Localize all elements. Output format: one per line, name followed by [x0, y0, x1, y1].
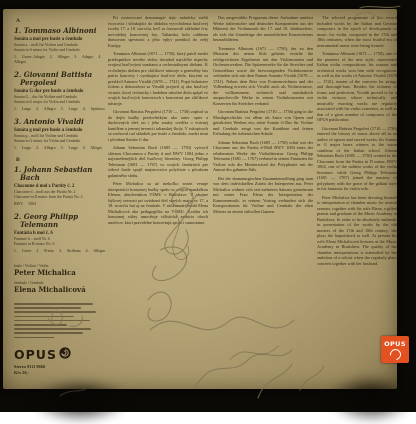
composer-name: Giovanni Battista Pergolesi	[20, 70, 92, 87]
opus-watermark-text: OPUS	[384, 340, 406, 348]
paragraph: Johann Sebastian Bach (1685 — 1750) vytv…	[108, 145, 208, 178]
work-title-en: Sonata in A minor for Violin and Cembalo	[14, 48, 109, 53]
composer-name: Johann Sebastian Bach	[20, 165, 92, 182]
paragraph: Peter Michalica has been devoting himsel…	[317, 195, 397, 267]
track-vivaldi: 3. Antonio Vivaldi Sonáta g mol pre husl…	[14, 118, 109, 151]
side-a-marker: A	[16, 18, 109, 24]
price-label: Kčs 26,-	[14, 370, 109, 375]
opus-spiral-icon	[59, 347, 71, 362]
paragraph: Tommaso Albinoni (1671 — 1750), one of t…	[317, 51, 397, 123]
liner-notes-english: The selected programme of this record in…	[317, 15, 397, 367]
paragraph: Giovanni Battista Pergolesi (1710 — 1736…	[108, 109, 208, 142]
track-albinoni: 1. Tommaso Albinoni Sonáta a mol pre hus…	[14, 27, 109, 65]
paragraph: Giovanni Battista Pergolesi (1710 — 1736…	[213, 109, 313, 137]
performer-name-violin: Peter Michalica	[14, 269, 109, 277]
performer-name-harpsichord: Elena Michalicová	[14, 286, 109, 294]
movements: 1. Largo 2. Allegro 3. Largo 4. Allegro	[14, 146, 109, 151]
paragraph: Giovanni Battista Pergolesi (1710 — 1736…	[317, 126, 397, 192]
track-number: 3.	[14, 117, 21, 126]
work-title-en: Sonata in G minor for Violin and Cembalo	[14, 139, 109, 144]
track-telemann: 2. Georg Philipp Telemann Fantázia h mol…	[14, 213, 109, 254]
paragraph: Tommaso Albinoni (1671 — 1750), der zu d…	[213, 46, 313, 107]
composer-name: Tommaso Albinoni	[24, 26, 97, 35]
liner-notes-slovak: Pri zostavovaní dramaturgie tejto nahráv…	[108, 15, 208, 387]
opus-watermark-spiral-icon	[387, 346, 402, 361]
movements: 1. Grave–Adagio 2. Allegro 3. Adagio 4. …	[14, 55, 109, 65]
track-pergolesi: 2. Giovanni Battista Pergolesi Sonáta G …	[14, 71, 109, 112]
composer-name: Georg Philipp Telemann	[20, 212, 78, 229]
track-number: 1.	[14, 26, 21, 35]
paragraph: Tommaso Albinoni (1671 — 1750), ktorý pa…	[108, 51, 208, 106]
paragraph: The selected programme of this record in…	[317, 15, 397, 48]
catalog-bwv: BWV 1004	[14, 202, 109, 207]
paragraph: Bei der dramaturgischen Zusammenstellung…	[213, 176, 313, 215]
paragraph: Pri zostavovaní dramaturgie tejto nahráv…	[108, 15, 208, 48]
work-title-en: Fantasia in B minor No. 6	[14, 242, 109, 247]
performers-block: husle / Violine / Violin Peter Michalica…	[14, 264, 109, 294]
opus-logo-text: OPUS	[14, 347, 57, 362]
label-block: OPUS Stereo 9111 0666 Kčs 26,-	[14, 347, 109, 375]
work-title-en: Sonata in G major for Violin and Cembalo	[14, 100, 109, 105]
track-bach: 1. Johann Sebastian Bach Chaconne d mol …	[14, 166, 109, 207]
photo-background: A 1. Tommaso Albinoni Sonáta a mol pre h…	[0, 0, 416, 412]
credits-fine-print	[14, 303, 100, 338]
work-title-en: Chaconne in D minor from the Partita No.…	[14, 195, 109, 200]
tracklist-column: A 1. Tommaso Albinoni Sonáta a mol pre h…	[14, 16, 109, 375]
movements: 1. Largo 2. Allegro 3. Largo 4. Spiritos…	[14, 107, 109, 112]
side-b-marker: B	[16, 157, 109, 163]
composer-name: Antonio Vivaldi	[24, 117, 84, 126]
paragraph: Peter Michalica sa už niekoľko sezón ven…	[108, 181, 208, 225]
liner-notes-german: Das ausgewählte Programm dieser Aufnahme…	[213, 15, 313, 387]
paragraph: Das ausgewählte Programm dieser Aufnahme…	[213, 15, 313, 43]
record-sleeve-back: A 1. Tommaso Albinoni Sonáta a mol pre h…	[3, 9, 397, 389]
finger-shadow-right	[328, 374, 414, 412]
paragraph: Johann Sebastian Bach (1685 — 1750) schu…	[213, 140, 313, 173]
catalog-number: Stereo 9111 0666	[14, 364, 109, 369]
movements: 1. Grave 2. Presto 3. Siciliano 4. Alleg…	[14, 249, 109, 254]
opus-watermark-badge: OPUS	[381, 336, 409, 363]
